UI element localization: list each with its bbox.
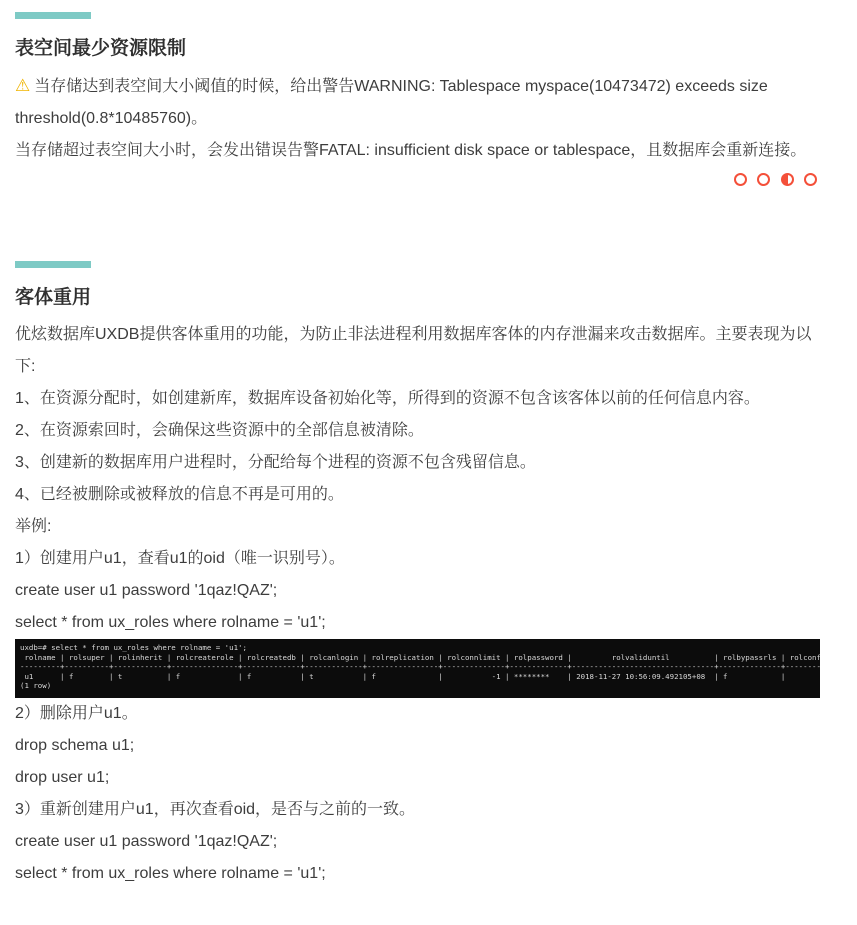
page-dot-1[interactable]	[734, 173, 747, 186]
list-item-3: 3、创建新的数据库用户进程时，分配给每个进程的资源不包含残留信息。	[15, 447, 821, 479]
section-heading-tablespace: 表空间最少资源限制	[15, 36, 821, 62]
example-label: 举例:	[15, 511, 821, 543]
list-item-4: 4、已经被删除或被释放的信息不再是可用的。	[15, 479, 821, 511]
sql-select-roles-2: select * from ux_roles where rolname = '…	[15, 858, 821, 890]
example-step-2: 2）删除用户u1。	[15, 698, 821, 730]
intro-paragraph: 优炫数据库UXDB提供客体重用的功能，为防止非法进程利用数据库客体的内存泄漏来攻…	[15, 319, 821, 383]
example-step-1: 1）创建用户u1，查看u1的oid（唯一识别号）。	[15, 543, 821, 575]
fatal-paragraph: 当存储超过表空间大小时，会发出错误告警FATAL: insufficient d…	[15, 135, 821, 167]
section-tablespace-limit: 表空间最少资源限制 ⚠当存储达到表空间大小阈值的时候，给出警告WARNING: …	[15, 12, 821, 187]
terminal-screenshot: uxdb=# select * from ux_roles where roln…	[15, 639, 820, 698]
warning-paragraph: ⚠当存储达到表空间大小阈值的时候，给出警告WARNING: Tablespace…	[15, 70, 821, 135]
carousel-pagination	[15, 171, 817, 187]
page-dot-4[interactable]	[804, 173, 817, 186]
section-accent-bar	[15, 12, 91, 19]
sql-drop-user: drop user u1;	[15, 762, 821, 794]
page-dot-3[interactable]	[781, 173, 794, 186]
page-dot-2[interactable]	[757, 173, 770, 186]
sql-create-user-1: create user u1 password '1qaz!QAZ';	[15, 575, 821, 607]
section-heading-object-reuse: 客体重用	[15, 285, 821, 311]
sql-drop-schema: drop schema u1;	[15, 730, 821, 762]
sql-create-user-2: create user u1 password '1qaz!QAZ';	[15, 826, 821, 858]
section-object-reuse: 客体重用 优炫数据库UXDB提供客体重用的功能，为防止非法进程利用数据库客体的内…	[15, 261, 821, 890]
list-item-1: 1、在资源分配时，如创建新库，数据库设备初始化等，所得到的资源不包含该客体以前的…	[15, 383, 821, 415]
sql-select-roles-1: select * from ux_roles where rolname = '…	[15, 607, 821, 639]
list-item-2: 2、在资源索回时，会确保这些资源中的全部信息被清除。	[15, 415, 821, 447]
section-accent-bar	[15, 261, 91, 268]
warning-text: 当存储达到表空间大小阈值的时候，给出警告WARNING: Tablespace …	[15, 78, 768, 127]
section-divider-space	[15, 187, 821, 261]
example-step-3: 3）重新创建用户u1，再次查看oid，是否与之前的一致。	[15, 794, 821, 826]
warning-triangle-icon: ⚠	[15, 76, 30, 96]
document-page: 表空间最少资源限制 ⚠当存储达到表空间大小阈值的时候，给出警告WARNING: …	[0, 0, 857, 890]
